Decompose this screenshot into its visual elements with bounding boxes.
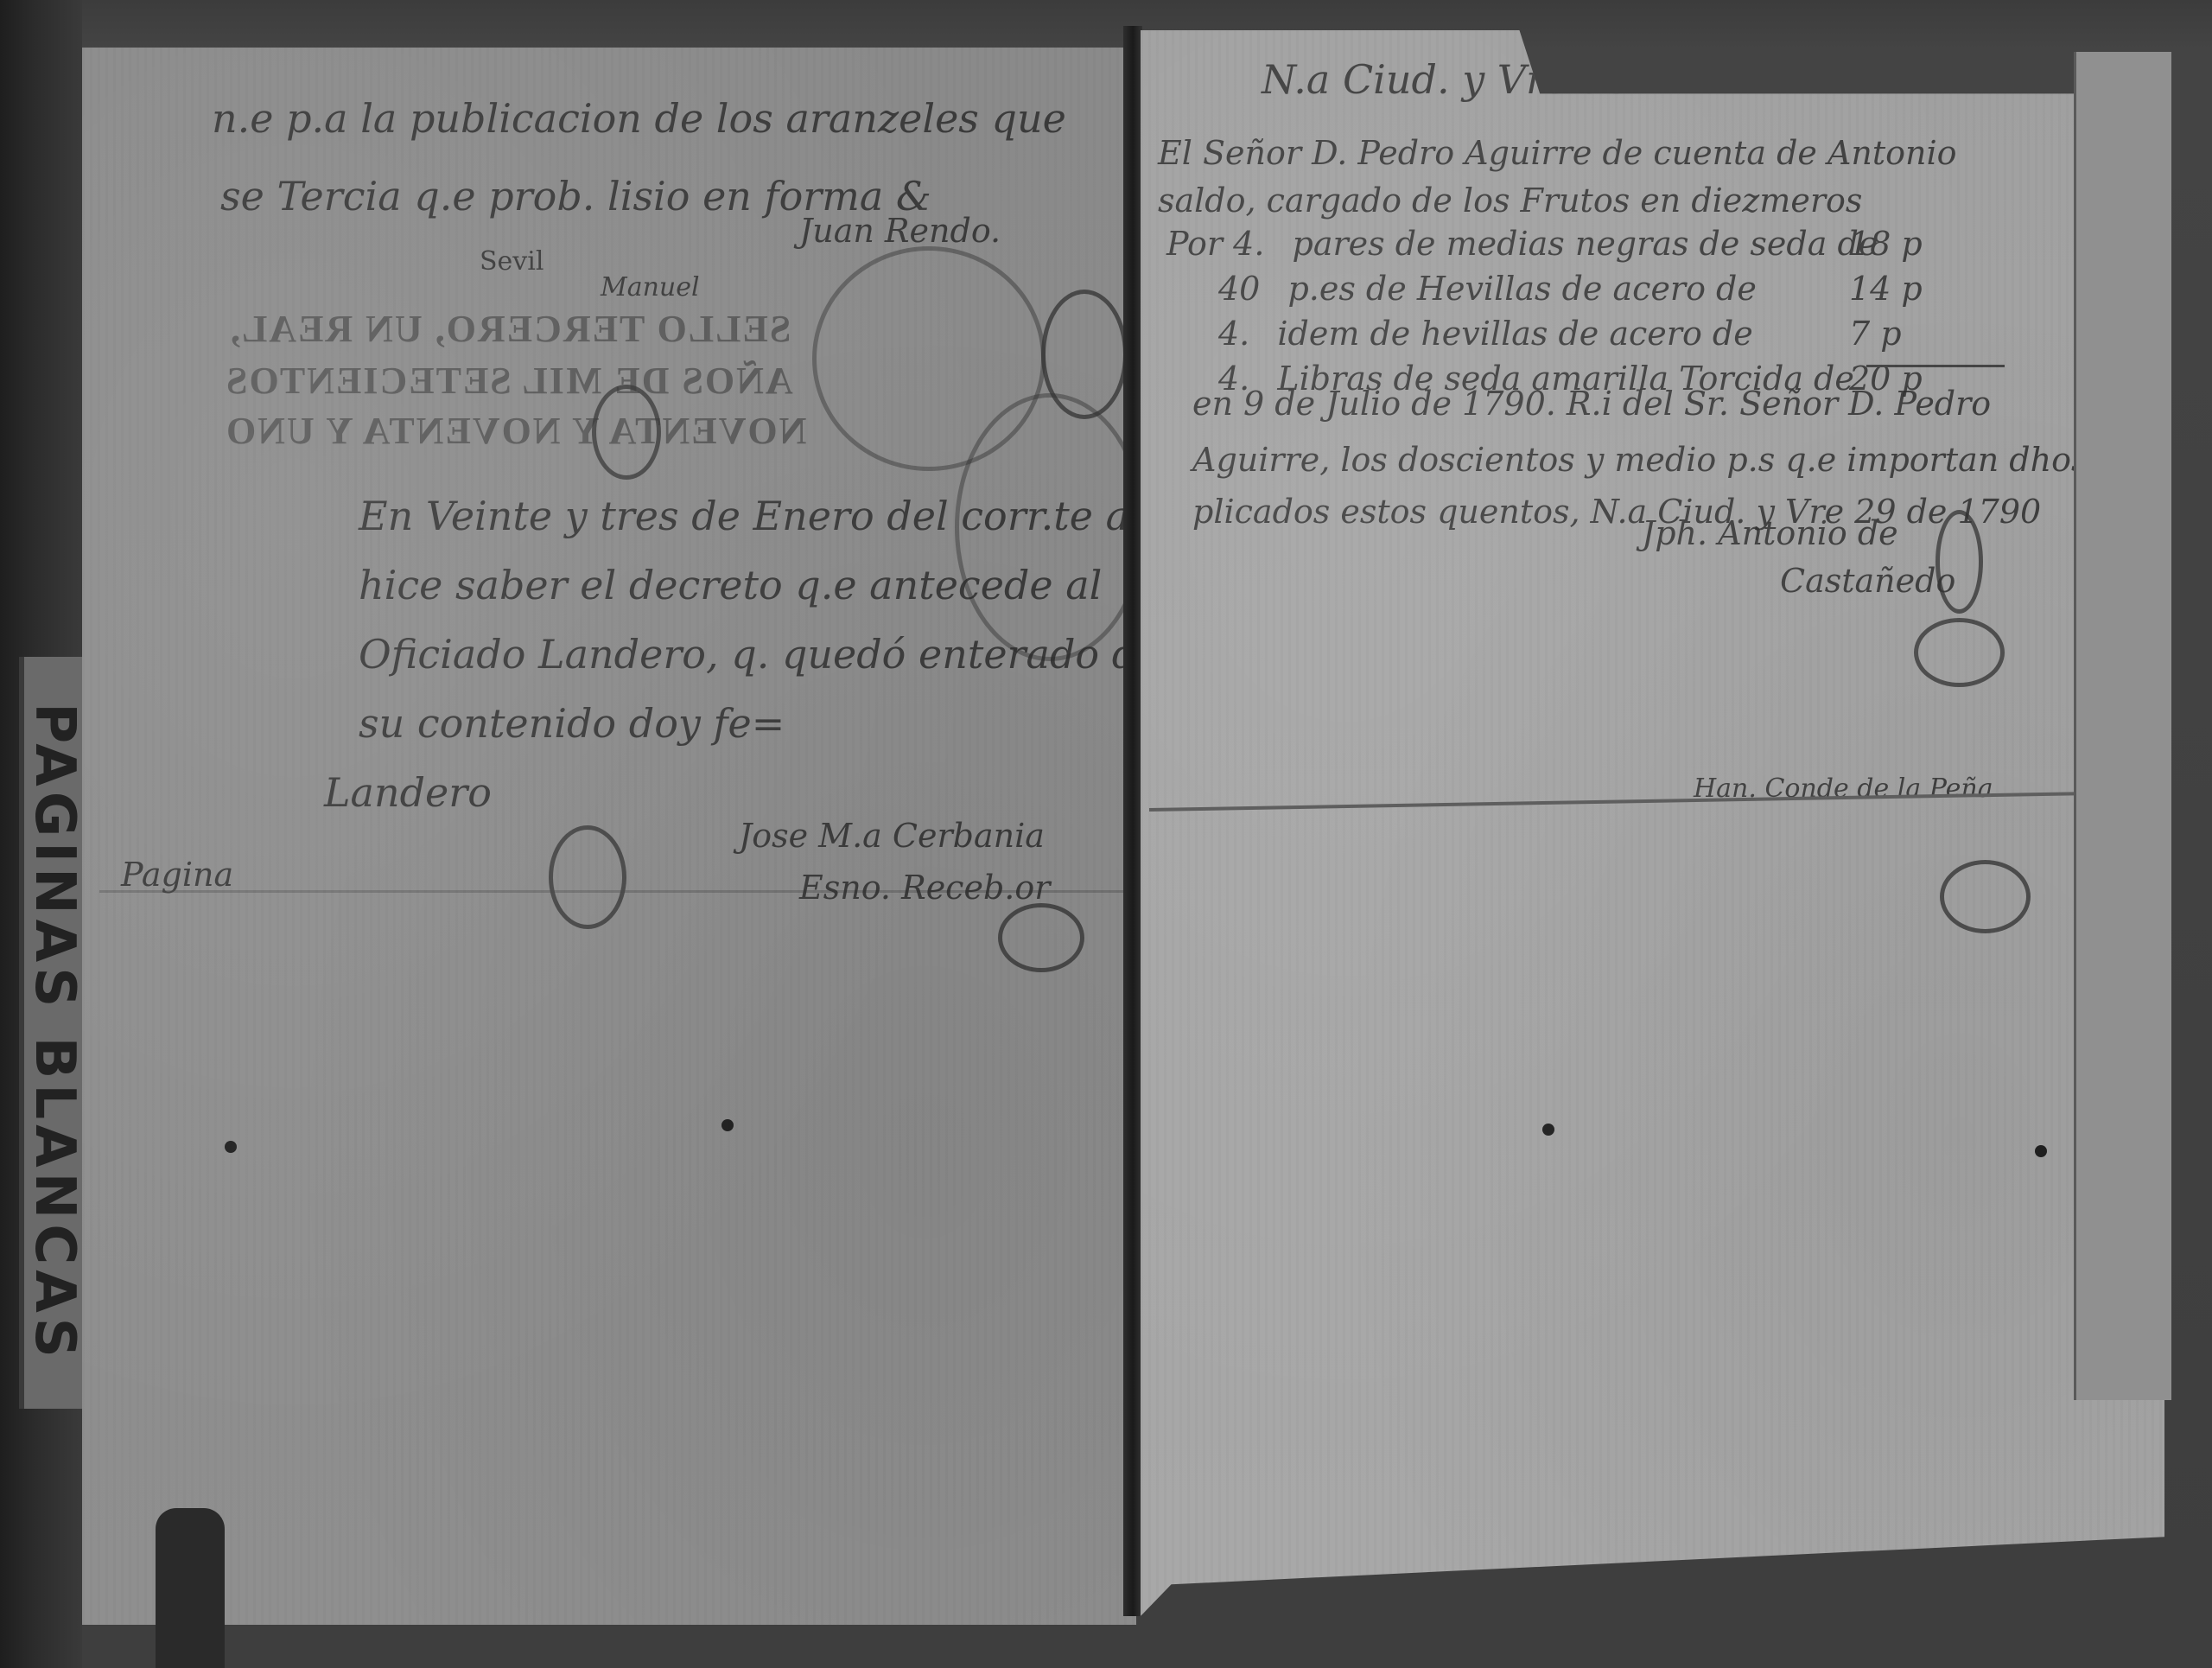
left-page: n.e p.a la publicacion de los aranzeles … xyxy=(82,48,1136,1625)
stamp-line-1: SELLO TERCERO, UN REAL, xyxy=(229,307,791,351)
landero-rubric xyxy=(549,825,626,929)
item-desc: p.es de Hevillas de acero de xyxy=(1287,270,1756,308)
right-body-3: plicados estos quentos, N.a Ciud. y Vre … xyxy=(1192,493,2041,531)
ink-flourish xyxy=(1041,290,1128,419)
item-qty: 40 xyxy=(1218,270,1260,308)
signature-notary-name: Jose M.a Cerbania xyxy=(739,817,1045,855)
item-amount: 7 p xyxy=(1849,315,1902,353)
item-amount: 18 p xyxy=(1849,225,1923,263)
ink-spot xyxy=(1542,1124,1554,1136)
signature-landero: Landero xyxy=(324,769,492,816)
item-qty: 4. xyxy=(1218,315,1249,353)
side-label-strip: PAGINAS BLANCAS xyxy=(19,657,85,1409)
left-line-1: n.e p.a la publicacion de los aranzeles … xyxy=(212,95,1066,142)
right-edge-flap xyxy=(2074,52,2171,1400)
item-qty: Por 4. xyxy=(1166,225,1264,263)
item-desc: idem de hevillas de acero de xyxy=(1277,315,1752,353)
right-header: N.a Ciud. y Vre de xyxy=(1262,56,1630,103)
left-margin-note: Pagina xyxy=(121,856,233,894)
signature-rubric-2 xyxy=(1914,618,2005,687)
sum-underline xyxy=(1866,365,2005,367)
signature-name: Jph. Antonio de xyxy=(1642,514,1898,552)
left-body-2: hice saber el decreto q.e antecede al xyxy=(359,562,1102,608)
right-body-1: en 9 de Julio de 1790. R.i del Sr. Señor… xyxy=(1192,385,1991,423)
stamp-line-2: AÑOS DE MIL SETECIENTOS xyxy=(225,359,793,403)
left-body-1: En Veinte y tres de Enero del corr.te añ… xyxy=(359,493,1136,539)
left-signature-rendo: Juan Rendo. xyxy=(799,212,1001,250)
items-list: Por 4. pares de medias negras de seda de… xyxy=(1166,225,1987,404)
right-intro-1: El Señor D. Pedro Aguirre de cuenta de A… xyxy=(1158,134,1957,172)
notary-rubric xyxy=(998,903,1084,972)
manuscript-scan: PAGINAS BLANCAS n.e p.a la publicacion d… xyxy=(0,0,2212,1668)
item-desc: pares de medias negras de seda de xyxy=(1293,225,1878,263)
side-label: PAGINAS BLANCAS xyxy=(22,703,86,1363)
footer-rubric xyxy=(1940,860,2031,933)
binding-gutter xyxy=(1123,26,1142,1616)
ink-spot xyxy=(721,1119,734,1131)
signature-surname: Castañedo xyxy=(1780,562,1955,600)
right-intro-2: saldo, cargado de los Frutos en diezmero… xyxy=(1158,181,1862,220)
signature-notary-title: Esno. Receb.or xyxy=(799,869,1050,907)
signature-rubric xyxy=(1935,510,1983,614)
item-amount: 14 p xyxy=(1849,270,1923,308)
film-marker xyxy=(156,1508,225,1668)
right-page: N.a Ciud. y Vre de El Señor D. Pedro Agu… xyxy=(1141,30,2164,1616)
ink-flourish-2 xyxy=(592,385,661,480)
left-body-4: su contenido doy fe= xyxy=(359,700,785,747)
binding-hole xyxy=(2035,1145,2047,1157)
left-body-3: Oficiado Landero, q. quedó enterado de xyxy=(359,631,1136,678)
item-row: 40 p.es de Hevillas de acero de 14 p xyxy=(1166,270,1987,315)
item-row: 4. idem de hevillas de acero de 7 p xyxy=(1166,315,1987,360)
item-row: Por 4. pares de medias negras de seda de… xyxy=(1166,225,1987,270)
left-sevil: Sevil xyxy=(480,246,543,277)
stamp-line-3: NOVENTA Y NOVENTA Y UNO xyxy=(225,409,806,453)
right-body-2: Aguirre, los doscientos y medio p.s q.e … xyxy=(1192,441,2088,479)
left-manuel: Manuel xyxy=(601,272,700,302)
binding-hole xyxy=(225,1141,237,1153)
